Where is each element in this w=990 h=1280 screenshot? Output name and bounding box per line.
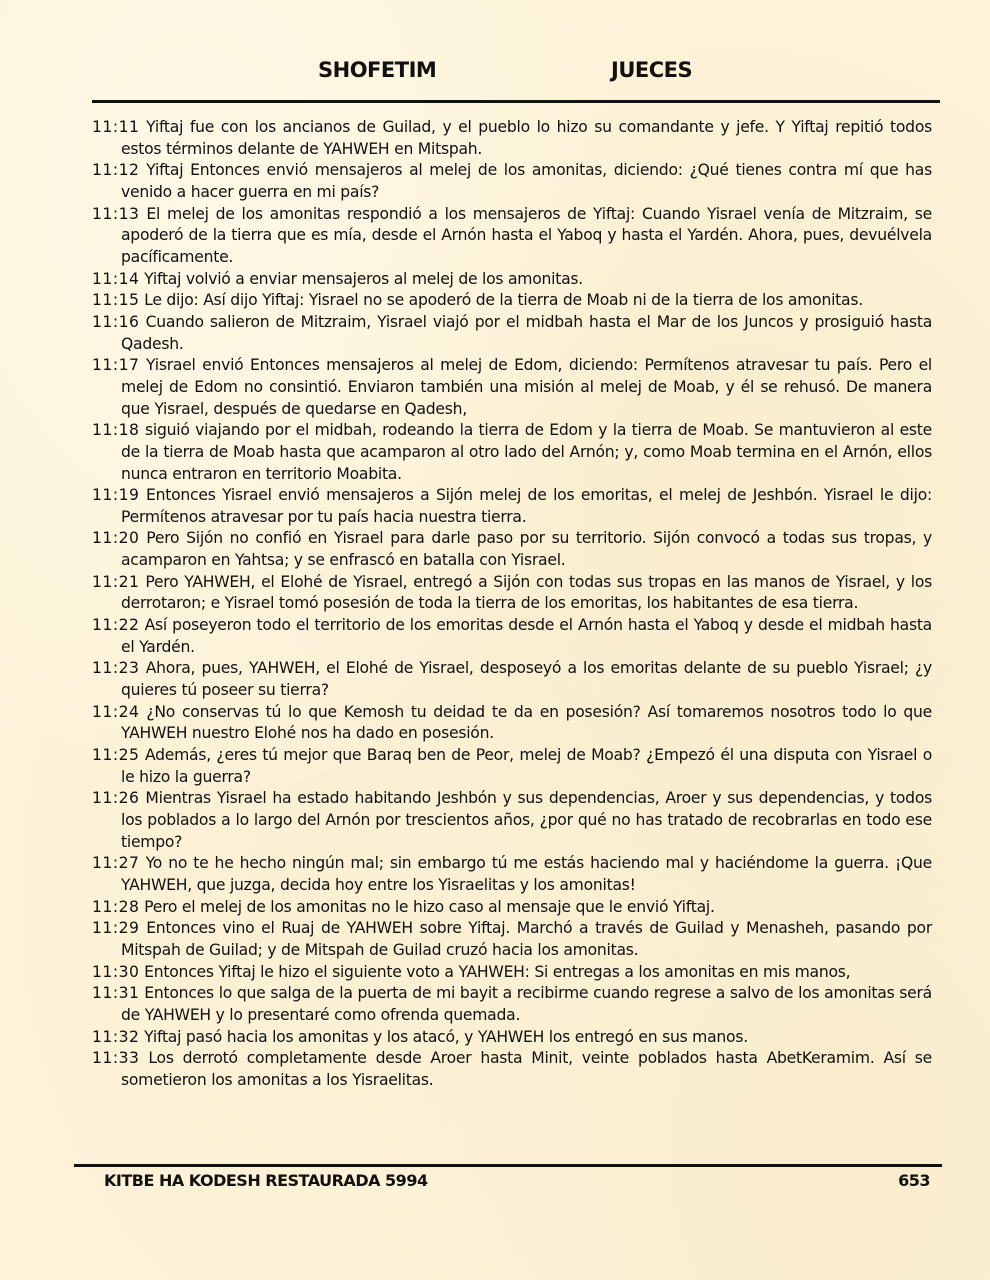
verse-list: 11:11 Yiftaj fue con los ancianos de Gui… [92, 117, 932, 1092]
verse-ref: 11:17 [92, 356, 139, 374]
verse-text: Entonces Yisrael envió mensajeros a Sijó… [121, 486, 932, 526]
book-title-spanish: JUECES [611, 58, 692, 82]
verse: 11:13 El melej de los amonitas respondió… [92, 204, 932, 269]
verse-ref: 11:19 [92, 486, 139, 504]
verse: 11:24 ¿No conservas tú lo que Kemosh tu … [92, 702, 932, 745]
verse-ref: 11:21 [92, 573, 139, 591]
verse-text: Pero Sijón no confió en Yisrael para dar… [121, 529, 932, 569]
verse-text: Pero el melej de los amonitas no le hizo… [144, 898, 715, 916]
verse-text: Le dijo: Así dijo Yiftaj: Yisrael no se … [144, 291, 863, 309]
verse: 11:30 Entonces Yiftaj le hizo el siguien… [92, 962, 932, 984]
verse-ref: 11:16 [92, 313, 139, 331]
verse: 11:19 Entonces Yisrael envió mensajeros … [92, 485, 932, 528]
page-number: 653 [898, 1171, 930, 1190]
verse-ref: 11:30 [92, 963, 139, 981]
verse-ref: 11:12 [92, 161, 139, 179]
verse-ref: 11:24 [92, 703, 139, 721]
verse-text: Cuando salieron de Mitzraim, Yisrael via… [121, 313, 932, 353]
verse-ref: 11:20 [92, 529, 139, 547]
verse: 11:29 Entonces vino el Ruaj de YAHWEH so… [92, 918, 932, 961]
verse-text: Pero YAHWEH, el Elohé de Yisrael, entreg… [121, 573, 932, 613]
verse: 11:26 Mientras Yisrael ha estado habitan… [92, 788, 932, 853]
verse-text: Los derrotó completamente desde Aroer ha… [121, 1049, 932, 1089]
verse-ref: 11:25 [92, 746, 139, 764]
verse-text: Entonces lo que salga de la puerta de mi… [121, 984, 932, 1024]
verse: 11:17 Yisrael envió Entonces mensajeros … [92, 355, 932, 420]
footer-divider [74, 1164, 942, 1167]
verse: 11:27 Yo no te he hecho ningún mal; sin … [92, 853, 932, 896]
footer-book-name: KITBE HA KODESH RESTAURADA 5994 [104, 1171, 428, 1190]
verse-text: Yiftaj fue con los ancianos de Guilad, y… [121, 118, 932, 158]
verse: 11:28 Pero el melej de los amonitas no l… [92, 897, 932, 919]
verse-text: Yiftaj volvió a enviar mensajeros al mel… [144, 270, 583, 288]
verse: 11:32 Yiftaj pasó hacia los amonitas y l… [92, 1027, 932, 1049]
verse: 11:15 Le dijo: Así dijo Yiftaj: Yisrael … [92, 290, 932, 312]
verse: 11:14 Yiftaj volvió a enviar mensajeros … [92, 269, 932, 291]
verse-text: Entonces vino el Ruaj de YAHWEH sobre Yi… [121, 919, 932, 959]
verse-text: El melej de los amonitas respondió a los… [121, 205, 932, 266]
verse-ref: 11:15 [92, 291, 139, 309]
verse: 11:18 siguió viajando por el midbah, rod… [92, 420, 932, 485]
verse: 11:20 Pero Sijón no confió en Yisrael pa… [92, 528, 932, 571]
verse: 11:22 Así poseyeron todo el territorio d… [92, 615, 932, 658]
verse-text: Entonces Yiftaj le hizo el siguiente vot… [144, 963, 850, 981]
verse: 11:33 Los derrotó completamente desde Ar… [92, 1048, 932, 1091]
page-footer: KITBE HA KODESH RESTAURADA 5994 653 [0, 1171, 990, 1195]
verse-ref: 11:18 [92, 421, 139, 439]
verse-ref: 11:26 [92, 789, 139, 807]
verse-ref: 11:29 [92, 919, 139, 937]
verse-text: Así poseyeron todo el territorio de los … [121, 616, 932, 656]
verse: 11:31 Entonces lo que salga de la puerta… [92, 983, 932, 1026]
verse-ref: 11:13 [92, 205, 139, 223]
verse-ref: 11:33 [92, 1049, 139, 1067]
verse-ref: 11:11 [92, 118, 139, 136]
verse-text: Yiftaj Entonces envió mensajeros al mele… [121, 161, 932, 201]
page-header: SHOFETIM JUECES [0, 58, 990, 90]
header-divider [92, 100, 940, 103]
verse: 11:12 Yiftaj Entonces envió mensajeros a… [92, 160, 932, 203]
verse: 11:16 Cuando salieron de Mitzraim, Yisra… [92, 312, 932, 355]
verse-text: siguió viajando por el midbah, rodeando … [121, 421, 932, 482]
verse: 11:23 Ahora, pues, YAHWEH, el Elohé de Y… [92, 658, 932, 701]
verse: 11:25 Además, ¿eres tú mejor que Baraq b… [92, 745, 932, 788]
verse-text: Ahora, pues, YAHWEH, el Elohé de Yisrael… [121, 659, 932, 699]
verse-text: Mientras Yisrael ha estado habitando Jes… [121, 789, 932, 850]
verse: 11:11 Yiftaj fue con los ancianos de Gui… [92, 117, 932, 160]
verse-text: ¿No conservas tú lo que Kemosh tu deidad… [121, 703, 932, 743]
verse-text: Además, ¿eres tú mejor que Baraq ben de … [121, 746, 932, 786]
verse-text: Yo no te he hecho ningún mal; sin embarg… [121, 854, 932, 894]
verse-ref: 11:23 [92, 659, 139, 677]
verse: 11:21 Pero YAHWEH, el Elohé de Yisrael, … [92, 572, 932, 615]
verse-ref: 11:27 [92, 854, 139, 872]
verse-ref: 11:14 [92, 270, 139, 288]
verse-text: Yisrael envió Entonces mensajeros al mel… [121, 356, 932, 417]
verse-ref: 11:28 [92, 898, 139, 916]
verse-ref: 11:32 [92, 1028, 139, 1046]
verse-text: Yiftaj pasó hacia los amonitas y los ata… [144, 1028, 748, 1046]
book-title-hebrew: SHOFETIM [318, 58, 436, 82]
verse-ref: 11:22 [92, 616, 139, 634]
verse-ref: 11:31 [92, 984, 139, 1002]
